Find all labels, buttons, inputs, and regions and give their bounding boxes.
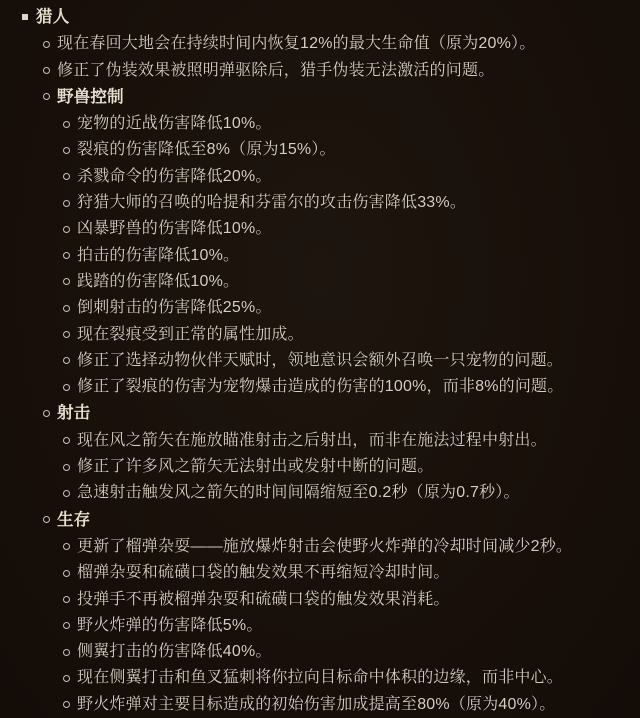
note-text: 修正了许多风之箭矢无法射出或发射中断的问题。 — [77, 458, 433, 475]
circle-bullet-icon — [43, 93, 50, 100]
circle-bullet-icon — [63, 701, 70, 708]
class-header: 猎人 — [36, 8, 69, 26]
spec-note: 现在风之箭矢在施放瞄准射击之后射出，而非在施法过程中射出。 — [0, 428, 640, 454]
spec-changes-list: 宠物的近战伤害降低10%。 裂痕的伤害降低至8%（原为15%）。 杀戮命令的伤害… — [0, 111, 640, 400]
circle-bullet-icon — [63, 278, 70, 285]
spec-note: 野火炸弹对主要目标造成的初始伤害加成提高至80%（原为40%）。 — [0, 692, 640, 718]
circle-bullet-icon — [63, 252, 70, 259]
note-text: 更新了榴弹杂耍——施放爆炸射击会使野火炸弹的冷却时间减少2秒。 — [77, 538, 572, 555]
spec-header: 生存 — [57, 511, 90, 529]
note-text: 现在春回大地会在持续时间内恢复12%的最大生命值（原为20%）。 — [57, 35, 535, 52]
note-text: 修正了选择动物伙伴天赋时，领地意识会额外召唤一只宠物的问题。 — [77, 352, 563, 369]
spec-note: 野火炸弹的伤害降低5%。 — [0, 613, 640, 639]
circle-bullet-icon — [63, 226, 70, 233]
circle-bullet-icon — [63, 384, 70, 391]
circle-bullet-icon — [63, 649, 70, 656]
spec-note: 急速射击触发风之箭矢的时间间隔缩短至0.2秒（原为0.7秒）。 — [0, 480, 640, 506]
spec-changes-list: 现在风之箭矢在施放瞄准射击之后射出，而非在施法过程中射出。 修正了许多风之箭矢无… — [0, 428, 640, 507]
class-changes-list: 现在春回大地会在持续时间内恢复12%的最大生命值（原为20%）。 修正了伪装效果… — [0, 31, 640, 718]
note-text: 倒刺射击的伤害降低25%。 — [77, 299, 272, 316]
circle-bullet-icon — [63, 305, 70, 312]
circle-bullet-icon — [43, 410, 50, 417]
spec-note: 修正了裂痕的伤害为宠物爆击造成的伤害的100%，而非8%的问题。 — [0, 374, 640, 400]
spec-note: 侧翼打击的伤害降低40%。 — [0, 639, 640, 665]
general-note: 修正了伪装效果被照明弹驱除后，猎手伪装无法激活的问题。 — [0, 58, 640, 84]
note-text: 宠物的近战伤害降低10%。 — [77, 115, 272, 132]
spec-note: 裂痕的伤害降低至8%（原为15%）。 — [0, 137, 640, 163]
note-text: 修正了伪装效果被照明弹驱除后，猎手伪装无法激活的问题。 — [57, 62, 494, 79]
spec-note: 杀戮命令的伤害降低20%。 — [0, 164, 640, 190]
note-text: 急速射击触发风之箭矢的时间间隔缩短至0.2秒（原为0.7秒）。 — [77, 484, 520, 501]
note-text: 裂痕的伤害降低至8%（原为15%）。 — [77, 141, 336, 158]
spec-note: 修正了许多风之箭矢无法射出或发射中断的问题。 — [0, 454, 640, 480]
note-text: 凶暴野兽的伤害降低10%。 — [77, 220, 272, 237]
spec-note: 狩猎大师的召唤的哈提和芬雷尔的攻击伤害降低33%。 — [0, 190, 640, 216]
circle-bullet-icon — [63, 622, 70, 629]
spec-section-survival: 生存 更新了榴弹杂耍——施放爆炸射击会使野火炸弹的冷却时间减少2秒。 榴弹杂耍和… — [0, 507, 640, 718]
circle-bullet-icon — [63, 490, 70, 497]
note-text: 野火炸弹对主要目标造成的初始伤害加成提高至80%（原为40%）。 — [77, 696, 555, 713]
patch-notes-list: 猎人 现在春回大地会在持续时间内恢复12%的最大生命值（原为20%）。 修正了伪… — [0, 4, 640, 718]
spec-note: 拍击的伤害降低10%。 — [0, 243, 640, 269]
note-text: 现在风之箭矢在施放瞄准射击之后射出，而非在施法过程中射出。 — [77, 432, 547, 449]
note-text: 杀戮命令的伤害降低20%。 — [77, 168, 272, 185]
note-text: 修正了裂痕的伤害为宠物爆击造成的伤害的100%，而非8%的问题。 — [77, 378, 563, 395]
circle-bullet-icon — [63, 437, 70, 444]
note-text: 现在裂痕受到正常的属性加成。 — [77, 326, 304, 343]
spec-note: 倒刺射击的伤害降低25%。 — [0, 295, 640, 321]
note-text: 践踏的伤害降低10%。 — [77, 273, 239, 290]
spec-note: 榴弹杂耍和硫磺口袋的触发效果不再缩短冷却时间。 — [0, 560, 640, 586]
circle-bullet-icon — [63, 464, 70, 471]
circle-bullet-icon — [63, 200, 70, 207]
spec-note: 凶暴野兽的伤害降低10%。 — [0, 216, 640, 242]
spec-changes-list: 更新了榴弹杂耍——施放爆炸射击会使野火炸弹的冷却时间减少2秒。 榴弹杂耍和硫磺口… — [0, 534, 640, 718]
circle-bullet-icon — [63, 357, 70, 364]
spec-note: 投弹手不再被榴弹杂耍和硫磺口袋的触发效果消耗。 — [0, 587, 640, 613]
circle-bullet-icon — [63, 543, 70, 550]
spec-note: 更新了榴弹杂耍——施放爆炸射击会使野火炸弹的冷却时间减少2秒。 — [0, 534, 640, 560]
spec-note: 现在侧翼打击和鱼叉猛刺将你拉向目标命中体积的边缘，而非中心。 — [0, 665, 640, 691]
square-bullet-icon — [22, 14, 28, 20]
circle-bullet-icon — [63, 331, 70, 338]
spec-note: 践踏的伤害降低10%。 — [0, 269, 640, 295]
circle-bullet-icon — [63, 147, 70, 154]
note-text: 侧翼打击的伤害降低40%。 — [77, 643, 272, 660]
note-text: 拍击的伤害降低10%。 — [77, 247, 239, 264]
note-text: 野火炸弹的伤害降低5%。 — [77, 617, 263, 634]
circle-bullet-icon — [63, 675, 70, 682]
circle-bullet-icon — [63, 173, 70, 180]
patch-notes-page: 猎人 现在春回大地会在持续时间内恢复12%的最大生命值（原为20%）。 修正了伪… — [0, 0, 640, 718]
spec-note: 宠物的近战伤害降低10%。 — [0, 111, 640, 137]
circle-bullet-icon — [63, 596, 70, 603]
spec-section-marksmanship: 射击 现在风之箭矢在施放瞄准射击之后射出，而非在施法过程中射出。 修正了许多风之… — [0, 400, 640, 506]
circle-bullet-icon — [43, 67, 50, 74]
spec-note: 修正了选择动物伙伴天赋时，领地意识会额外召唤一只宠物的问题。 — [0, 348, 640, 374]
circle-bullet-icon — [43, 41, 50, 48]
note-text: 榴弹杂耍和硫磺口袋的触发效果不再缩短冷却时间。 — [77, 564, 450, 581]
note-text: 投弹手不再被榴弹杂耍和硫磺口袋的触发效果消耗。 — [77, 591, 450, 608]
spec-header: 野兽控制 — [57, 88, 124, 106]
note-text: 狩猎大师的召唤的哈提和芬雷尔的攻击伤害降低33%。 — [77, 194, 466, 211]
general-note: 现在春回大地会在持续时间内恢复12%的最大生命值（原为20%）。 — [0, 31, 640, 57]
circle-bullet-icon — [63, 121, 70, 128]
class-section: 猎人 现在春回大地会在持续时间内恢复12%的最大生命值（原为20%）。 修正了伪… — [0, 4, 640, 718]
spec-section-beast-mastery: 野兽控制 宠物的近战伤害降低10%。 裂痕的伤害降低至8%（原为15%）。 杀戮… — [0, 84, 640, 401]
spec-header: 射击 — [57, 404, 90, 422]
spec-note: 现在裂痕受到正常的属性加成。 — [0, 322, 640, 348]
circle-bullet-icon — [43, 516, 50, 523]
circle-bullet-icon — [63, 570, 70, 577]
note-text: 现在侧翼打击和鱼叉猛刺将你拉向目标命中体积的边缘，而非中心。 — [77, 669, 563, 686]
